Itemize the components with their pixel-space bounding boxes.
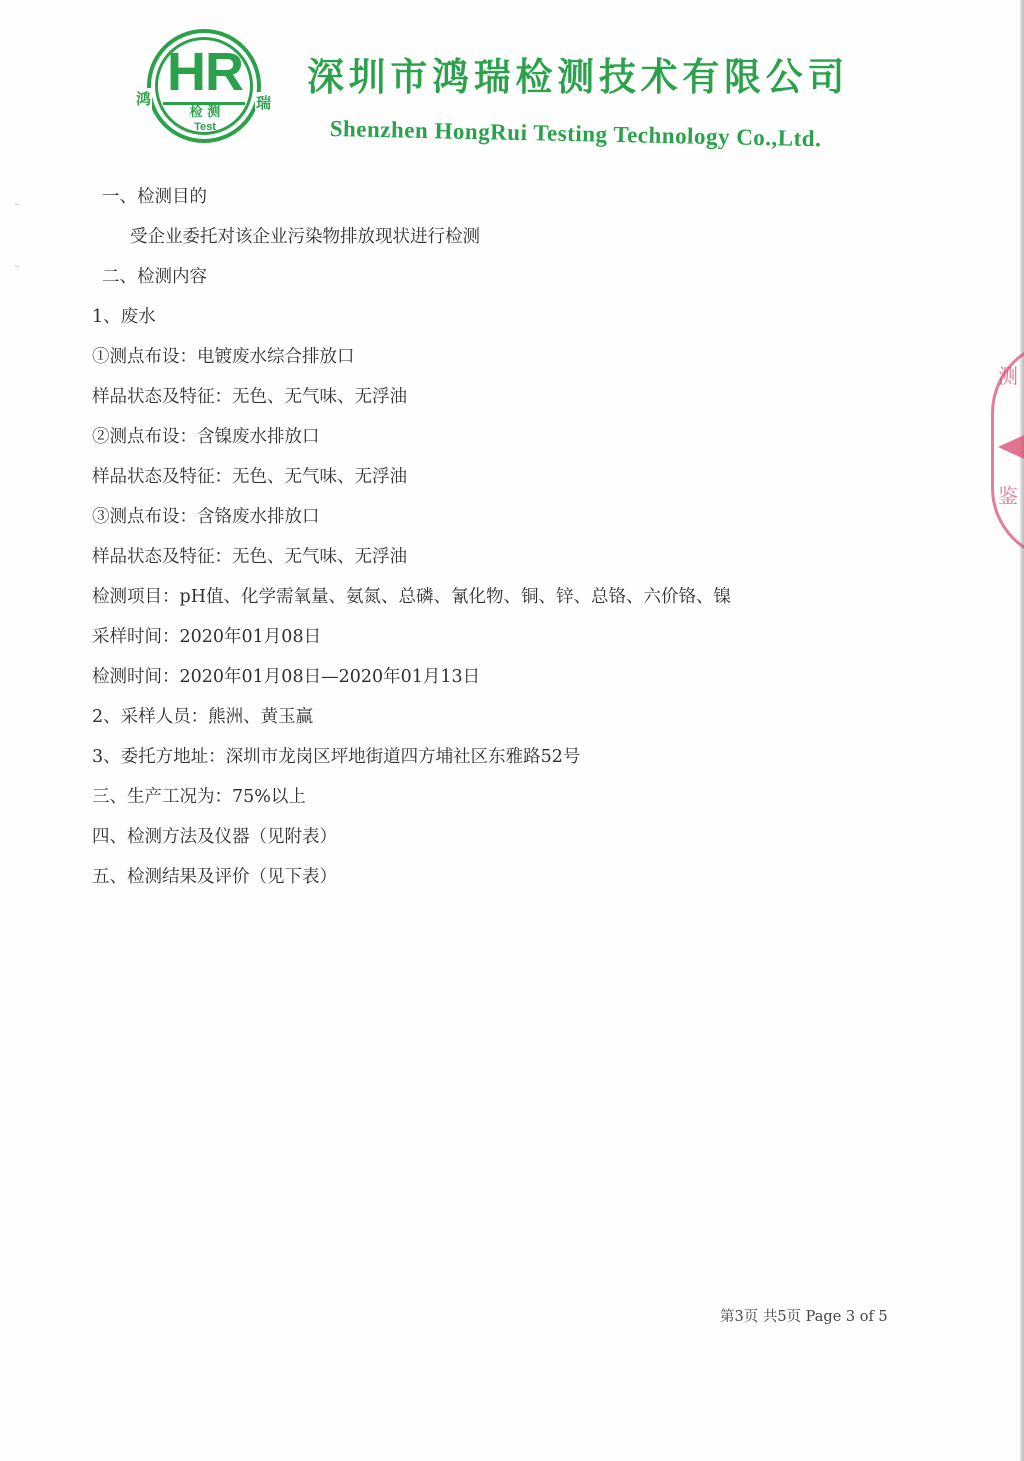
subsection-wastewater: 1、废水 <box>92 303 852 343</box>
section-heading-methods: 四、检测方法及仪器（见附表） <box>92 823 852 863</box>
company-logo: HR 检 测 Test 鸿 瑞 <box>135 26 275 156</box>
company-name-en: Shenzhen HongRui Testing Technology Co.,… <box>329 116 821 152</box>
section-heading-results: 五、检测结果及评价（见下表） <box>92 863 852 903</box>
section-heading-content: 二、检测内容 <box>92 263 852 303</box>
sample-state-1: 样品状态及特征：无色、无气味、无浮油 <box>92 383 852 423</box>
logo-letters: HR <box>161 44 249 100</box>
logo-subtitle-en: Test <box>165 121 245 133</box>
logo-side-char-right: 瑞 <box>255 92 272 113</box>
report-body: 一、检测目的 受企业委托对该企业污染物排放现状进行检测 二、检测内容 1、废水 … <box>92 183 852 903</box>
letterhead: HR 检 测 Test 鸿 瑞 深圳市鸿瑞检测技术有限公司 Shenzhen H… <box>135 26 915 156</box>
test-items: 检测项目：pH值、化学需氧量、氨氮、总磷、氰化物、铜、锌、总铬、六价铬、镍 <box>92 583 852 623</box>
sampling-time: 采样时间：2020年01月08日 <box>92 623 852 663</box>
purpose-text: 受企业委托对该企业污染物排放现状进行检测 <box>92 223 852 263</box>
scan-edge-shadow <box>1020 0 1024 1461</box>
section-heading-purpose: 一、检测目的 <box>92 183 852 223</box>
monitoring-point-3: ③测点布设：含铬废水排放口 <box>92 503 852 543</box>
seal-star-icon <box>998 435 1024 459</box>
document-page: 测 鉴 HR 检 测 Test 鸿 瑞 深圳市鸿瑞检测技术有限公司 Shenzh… <box>0 0 1024 1461</box>
binding-mark <box>14 200 20 205</box>
samplers: 2、采样人员：熊洲、黄玉赢 <box>92 703 852 743</box>
binding-mark <box>14 262 20 267</box>
client-address: 3、委托方地址：深圳市龙岗区坪地街道四方埔社区东雅路52号 <box>92 743 852 783</box>
monitoring-point-1: ①测点布设：电镀废水综合排放口 <box>92 343 852 383</box>
company-name-cn: 深圳市鸿瑞检测技术有限公司 <box>307 46 849 101</box>
seal-glyph: 测 <box>998 360 1018 389</box>
seal-glyph: 鉴 <box>998 480 1018 509</box>
testing-time: 检测时间：2020年01月08日—2020年01月13日 <box>92 663 852 703</box>
section-heading-production: 三、生产工况为：75%以上 <box>92 783 852 823</box>
logo-subtitle-cn: 检 测 <box>165 106 245 120</box>
page-number: 第3页 共5页 Page 3 of 5 <box>720 1305 888 1326</box>
monitoring-point-2: ②测点布设：含镍废水排放口 <box>92 423 852 463</box>
sample-state-3: 样品状态及特征：无色、无气味、无浮油 <box>92 543 852 583</box>
seal-stamp-fragment: 测 鉴 <box>991 340 1024 555</box>
logo-side-char-left: 鸿 <box>135 88 152 109</box>
sample-state-2: 样品状态及特征：无色、无气味、无浮油 <box>92 463 852 503</box>
